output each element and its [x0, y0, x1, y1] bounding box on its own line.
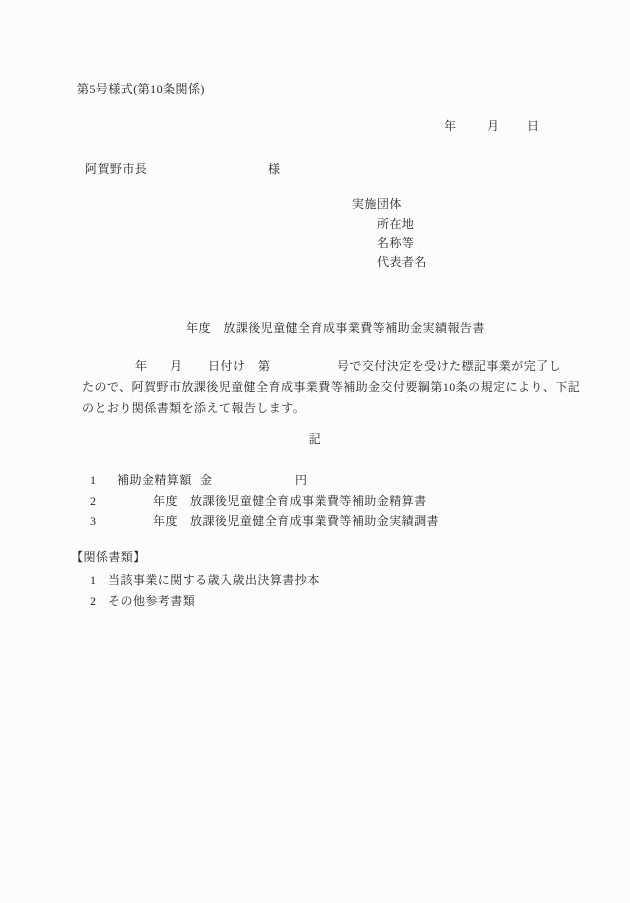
record-item-1-label: 補助金精算額: [117, 472, 192, 488]
record-item-2-number: 2: [90, 493, 96, 509]
related-documents-item-2-number: 2: [90, 593, 96, 609]
body-line-3: のとおり関係書類を添えて報告します。: [82, 400, 305, 416]
date-year-label: 年: [444, 118, 456, 134]
document-title: 年度 放課後児童健全育成事業費等補助金実績報告書: [186, 320, 485, 336]
record-item-1-currency-suffix: 円: [295, 472, 307, 488]
related-documents-item-1-text: 当該事業に関する歳入歳出決算書抄本: [108, 572, 320, 588]
record-item-2-doc-name: 放課後児童健全育成事業費等補助金精算書: [190, 493, 427, 509]
record-item-2-fiscal-year-label: 年度: [153, 493, 178, 509]
form-number: 第5号様式(第10条関係): [77, 81, 205, 97]
date-month-label: 月: [487, 118, 499, 134]
body-month-label: 月: [170, 358, 182, 374]
record-item-3-fiscal-year-label: 年度: [153, 513, 178, 529]
record-item-1-number: 1: [90, 472, 96, 488]
related-documents-heading: 【関係書類】: [71, 549, 146, 565]
date-day-label: 日: [527, 118, 539, 134]
body-number-prefix: 第: [258, 358, 270, 374]
body-line-2: たので、阿賀野市放課後児童健全育成事業費等補助金交付要綱第10条の規定により、下…: [82, 379, 580, 395]
report-form-page: 第5号様式(第10条関係) 年 月 日 阿賀野市長 様 実施団体 所在地 名称等…: [0, 0, 630, 903]
body-day-suffix: 日付け: [208, 358, 245, 374]
record-item-1-currency-prefix: 金: [200, 472, 212, 488]
addressee-name: 阿賀野市長: [85, 161, 147, 177]
body-year-label: 年: [135, 358, 147, 374]
applicant-name-label: 名称等: [377, 235, 414, 251]
related-documents-item-2-text: その他参考書類: [108, 593, 195, 609]
applicant-representative-label: 代表者名: [377, 254, 427, 270]
addressee-honorific: 様: [268, 161, 280, 177]
record-item-3-doc-name: 放課後児童健全育成事業費等補助金実績調書: [190, 513, 439, 529]
body-line-1-text: 号で交付決定を受けた標記事業が完了し: [337, 358, 561, 374]
related-documents-item-1-number: 1: [90, 572, 96, 588]
record-marker: 記: [0, 431, 630, 447]
record-item-3-number: 3: [90, 513, 96, 529]
applicant-group-label: 実施団体: [352, 196, 402, 212]
applicant-location-label: 所在地: [377, 216, 414, 232]
